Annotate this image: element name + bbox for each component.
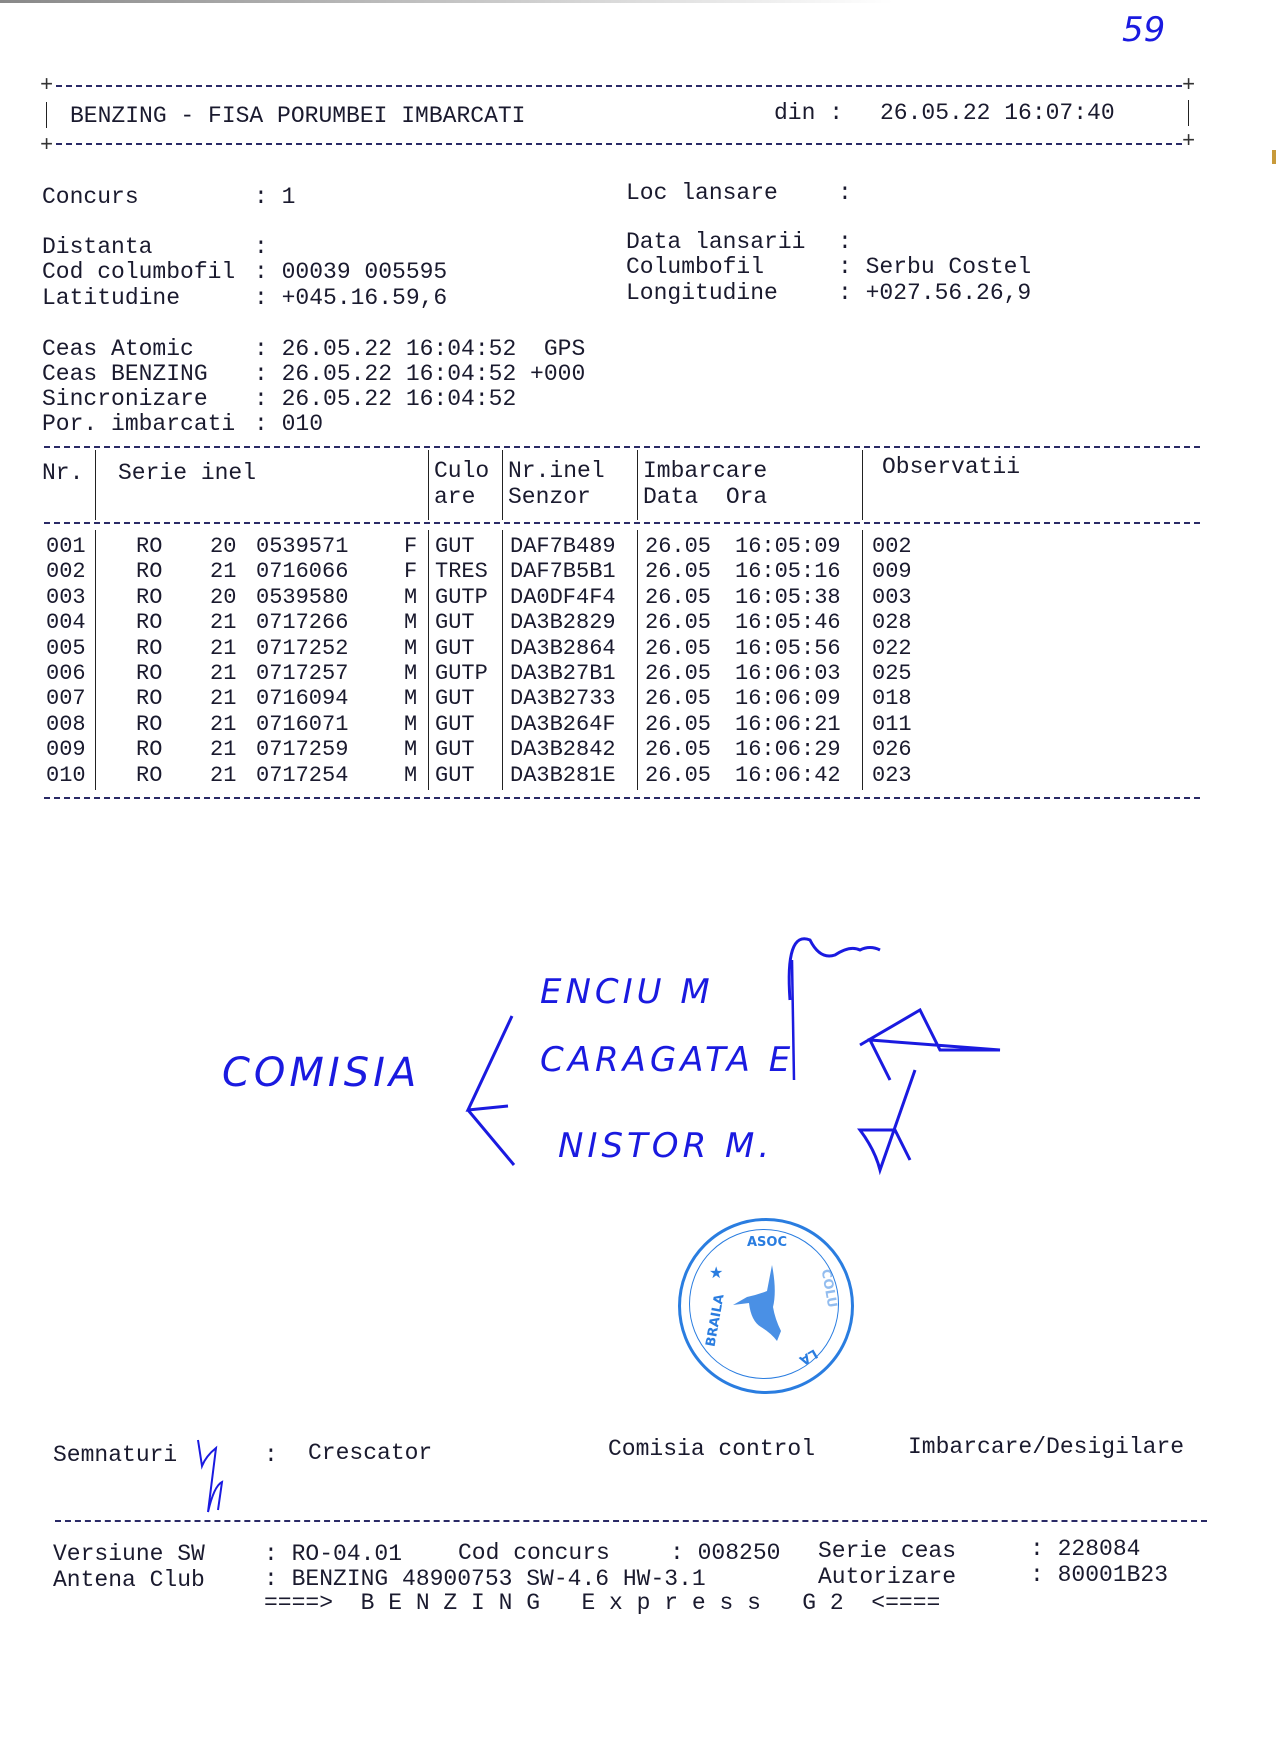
cell-color: GUT (435, 534, 475, 559)
cell-time: 16:05:38 (735, 585, 841, 610)
association-stamp: ASOC BRAILA COLU LA ★ (678, 1218, 854, 1394)
footer-autorizare-value: : 80001B23 (1030, 1562, 1168, 1588)
cell-nr: 009 (46, 737, 86, 762)
stamp-star-icon: ★ (709, 1263, 723, 1282)
cell-sex: M (404, 585, 417, 610)
cell-country: RO (136, 661, 162, 686)
footer-cod-concurs-value: : 008250 (670, 1540, 780, 1566)
cell-observatii: 009 (872, 559, 912, 584)
th-senzor-1: Nr.inel (508, 458, 605, 484)
clock-value-benzing: : 26.05.22 16:04:52 +000 (254, 361, 585, 387)
col-separator (637, 530, 638, 790)
cell-nr: 008 (46, 712, 86, 737)
info-label-concurs: Concurs (42, 184, 249, 210)
th-senzor-2: Senzor (508, 484, 591, 510)
header-date-value: 26.05.22 16:07:40 (880, 100, 1115, 126)
cell-observatii: 022 (872, 636, 912, 661)
cell-date: 26.05 (645, 610, 711, 635)
cell-time: 16:05:56 (735, 636, 841, 661)
footer-antena-value: : BENZING 48900753 SW-4.6 HW-3.1 (264, 1566, 706, 1592)
col-separator (95, 530, 96, 790)
cell-observatii: 025 (872, 661, 912, 686)
th-culoare-1: Culo (434, 458, 489, 484)
cell-sensor: DA3B2733 (510, 686, 616, 711)
col-sep-nr (95, 450, 96, 520)
cell-color: GUT (435, 686, 475, 711)
cell-time: 16:06:29 (735, 737, 841, 762)
th-nr: Nr. (42, 460, 83, 486)
cell-sex: M (404, 686, 417, 711)
col-separator (862, 530, 863, 790)
cell-date: 26.05 (645, 534, 711, 559)
cell-ring: 0539571 (256, 534, 348, 559)
header-right-border (1188, 100, 1189, 126)
cell-ring: 0539580 (256, 585, 348, 610)
cell-sex: M (404, 737, 417, 762)
th-culoare-2: are (434, 484, 475, 510)
footer-antena-label: Antena Club (53, 1567, 205, 1593)
info-value-concurs: : 1 (254, 184, 295, 210)
cell-color: TRES (435, 559, 488, 584)
header-corner-tl: + (40, 73, 53, 98)
handwritten-page-number: 59 (1122, 10, 1165, 50)
cell-ring: 0716071 (256, 712, 348, 737)
col-sep-serie (428, 450, 429, 520)
cell-sex: F (404, 559, 417, 584)
cell-sensor: DA3B2829 (510, 610, 616, 635)
header-corner-br: + (1182, 129, 1195, 154)
col-sep-imbarcare (862, 450, 863, 520)
cell-ring: 0717254 (256, 763, 348, 788)
cell-color: GUT (435, 636, 475, 661)
cell-country: RO (136, 636, 162, 661)
cell-observatii: 023 (872, 763, 912, 788)
info-value-cod-columbofil: : 00039 005595 (254, 259, 447, 285)
th-imbarcare-1: Imbarcare (643, 458, 767, 484)
signature-imbarcare-label: Imbarcare/Desigilare (908, 1434, 1184, 1460)
cell-sensor: DA0DF4F4 (510, 585, 616, 610)
cell-date: 26.05 (645, 661, 711, 686)
scan-mark (1272, 150, 1276, 164)
cell-sensor: DA3B264F (510, 712, 616, 737)
info-value-loc-lansare: : (838, 180, 852, 206)
cell-time: 16:05:46 (735, 610, 841, 635)
clock-value-sincronizare: : 26.05.22 16:04:52 (254, 386, 516, 412)
cell-sex: M (404, 712, 417, 737)
cell-date: 26.05 (645, 712, 711, 737)
signatures-scribble-icon (780, 920, 1020, 1180)
cell-color: GUTP (435, 585, 488, 610)
header-date-label: din : (774, 100, 843, 126)
info-label-longitudine: Longitudine (626, 280, 819, 306)
cell-sensor: DA3B281E (510, 763, 616, 788)
th-observatii: Observatii (882, 454, 1020, 480)
pigeon-emblem-icon (727, 1261, 797, 1351)
header-corner-bl: + (40, 133, 53, 158)
cell-sensor: DA3B2864 (510, 636, 616, 661)
cell-year: 21 (210, 636, 236, 661)
info-label-cod-columbofil: Cod columbofil (42, 259, 235, 285)
cell-color: GUT (435, 763, 475, 788)
footer-cod-concurs-label: Cod concurs (458, 1540, 610, 1566)
cell-observatii: 003 (872, 585, 912, 610)
info-label-loc-lansare: Loc lansare (626, 180, 819, 206)
info-value-data-lansarii: : (838, 229, 852, 255)
cell-nr: 007 (46, 686, 86, 711)
col-separator (502, 530, 503, 790)
cell-nr: 004 (46, 610, 86, 635)
cell-color: GUT (435, 712, 475, 737)
cell-sex: F (404, 534, 417, 559)
footer-versiune-label: Versiune SW (53, 1541, 205, 1567)
cell-color: GUTP (435, 661, 488, 686)
cell-sex: M (404, 636, 417, 661)
table-top-border (44, 446, 1200, 448)
th-imbarcare-2: Data Ora (643, 484, 767, 510)
clock-label-atomic: Ceas Atomic (42, 336, 235, 362)
clock-value-atomic: : 26.05.22 16:04:52 GPS (254, 336, 585, 362)
cell-sensor: DA3B2842 (510, 737, 616, 762)
header-bottom-border (56, 143, 1182, 145)
cell-year: 21 (210, 712, 236, 737)
cell-sensor: DAF7B489 (510, 534, 616, 559)
col-separator (428, 530, 429, 790)
scan-edge (0, 0, 1276, 3)
cell-sex: M (404, 763, 417, 788)
cell-time: 16:06:21 (735, 712, 841, 737)
cell-sex: M (404, 661, 417, 686)
handwritten-member-1: ENCIU M (540, 972, 714, 1012)
clock-value-por-imbarcati: : 010 (254, 411, 323, 437)
clock-label-benzing: Ceas BENZING (42, 361, 235, 387)
cell-time: 16:05:09 (735, 534, 841, 559)
footer-banner: ====> B E N Z I N G E x p r e s s G 2 <=… (264, 1590, 940, 1616)
cell-observatii: 026 (872, 737, 912, 762)
signature-comisia-label: Comisia control (608, 1436, 815, 1462)
cell-sex: M (404, 610, 417, 635)
th-serie-inel: Serie inel (118, 460, 256, 486)
cell-nr: 005 (46, 636, 86, 661)
cell-country: RO (136, 737, 162, 762)
cell-observatii: 011 (872, 712, 912, 737)
cell-ring: 0717257 (256, 661, 348, 686)
handwritten-member-2: CARAGATA E (540, 1040, 794, 1080)
footer-border (55, 1520, 1207, 1522)
info-value-longitudine: : +027.56.26,9 (838, 280, 1031, 306)
signatures-label: Semnaturi (53, 1442, 177, 1468)
cell-country: RO (136, 686, 162, 711)
header-top-border (56, 85, 1182, 87)
cell-sensor: DA3B27B1 (510, 661, 616, 686)
info-value-distanta: : (254, 234, 268, 260)
header-left-border (46, 102, 47, 128)
cell-year: 20 (210, 585, 236, 610)
info-label-latitudine: Latitudine (42, 285, 249, 311)
table-header-border (44, 522, 1200, 524)
cell-year: 21 (210, 559, 236, 584)
cell-observatii: 018 (872, 686, 912, 711)
col-sep-senzor (637, 450, 638, 520)
info-label-columbofil: Columbofil (626, 254, 819, 280)
info-value-latitudine: : +045.16.59,6 (254, 285, 447, 311)
cell-country: RO (136, 534, 162, 559)
cell-date: 26.05 (645, 763, 711, 788)
cell-ring: 0717266 (256, 610, 348, 635)
cell-observatii: 002 (872, 534, 912, 559)
cell-date: 26.05 (645, 686, 711, 711)
cell-country: RO (136, 763, 162, 788)
cell-year: 20 (210, 534, 236, 559)
cell-country: RO (136, 712, 162, 737)
document-title: BENZING - FISA PORUMBEI IMBARCATI (70, 103, 525, 129)
cell-date: 26.05 (645, 585, 711, 610)
cell-time: 16:06:09 (735, 686, 841, 711)
cell-time: 16:05:16 (735, 559, 841, 584)
cell-date: 26.05 (645, 559, 711, 584)
cell-year: 21 (210, 661, 236, 686)
cell-time: 16:06:42 (735, 763, 841, 788)
footer-serie-ceas-value: : 228084 (1030, 1536, 1140, 1562)
clock-label-por-imbarcati: Por. imbarcati (42, 411, 235, 437)
cell-year: 21 (210, 737, 236, 762)
info-label-data-lansarii: Data lansarii (626, 229, 819, 255)
cell-nr: 006 (46, 661, 86, 686)
cell-country: RO (136, 585, 162, 610)
cell-ring: 0716066 (256, 559, 348, 584)
col-sep-culoare (502, 450, 503, 520)
cell-nr: 003 (46, 585, 86, 610)
cell-year: 21 (210, 686, 236, 711)
info-label-distanta: Distanta (42, 234, 249, 260)
cell-country: RO (136, 610, 162, 635)
signature-crescator-label: Crescator (308, 1440, 432, 1466)
cell-color: GUT (435, 610, 475, 635)
cell-observatii: 028 (872, 610, 912, 635)
clock-label-sincronizare: Sincronizare (42, 386, 235, 412)
cell-time: 16:06:03 (735, 661, 841, 686)
footer-versiune-value: : RO-04.01 (264, 1541, 402, 1567)
breeder-signature-icon (192, 1436, 242, 1516)
table-bottom-border (44, 797, 1200, 799)
handwritten-member-3: NISTOR M. (558, 1126, 773, 1166)
cell-nr: 002 (46, 559, 86, 584)
cell-country: RO (136, 559, 162, 584)
cell-nr: 001 (46, 534, 86, 559)
signatures-colon: : (264, 1442, 278, 1468)
cell-color: GUT (435, 737, 475, 762)
brace-icon (460, 1010, 520, 1170)
cell-date: 26.05 (645, 737, 711, 762)
handwritten-comisia: COMISIA (222, 1050, 420, 1096)
stamp-top-text: ASOC (747, 1235, 787, 1250)
cell-year: 21 (210, 763, 236, 788)
cell-year: 21 (210, 610, 236, 635)
header-corner-tr: + (1182, 73, 1195, 98)
info-value-columbofil: : Serbu Costel (838, 254, 1031, 280)
footer-autorizare-label: Autorizare (818, 1564, 956, 1590)
cell-nr: 010 (46, 763, 86, 788)
cell-date: 26.05 (645, 636, 711, 661)
cell-ring: 0717252 (256, 636, 348, 661)
cell-sensor: DAF7B5B1 (510, 559, 616, 584)
cell-ring: 0716094 (256, 686, 348, 711)
footer-serie-ceas-label: Serie ceas (818, 1538, 956, 1564)
cell-ring: 0717259 (256, 737, 348, 762)
